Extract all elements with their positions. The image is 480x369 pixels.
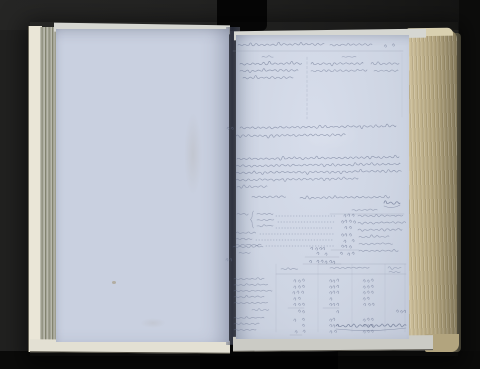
photo-scene xyxy=(0,0,480,369)
right-manuscript-page xyxy=(236,35,409,339)
page-highlight xyxy=(300,120,360,150)
left-blank-page xyxy=(56,29,229,342)
open-book xyxy=(0,0,480,369)
page-stain xyxy=(184,112,202,196)
foxing-spot xyxy=(112,281,116,284)
fore-edge-page-block xyxy=(407,30,457,350)
page-smudge xyxy=(140,318,166,328)
